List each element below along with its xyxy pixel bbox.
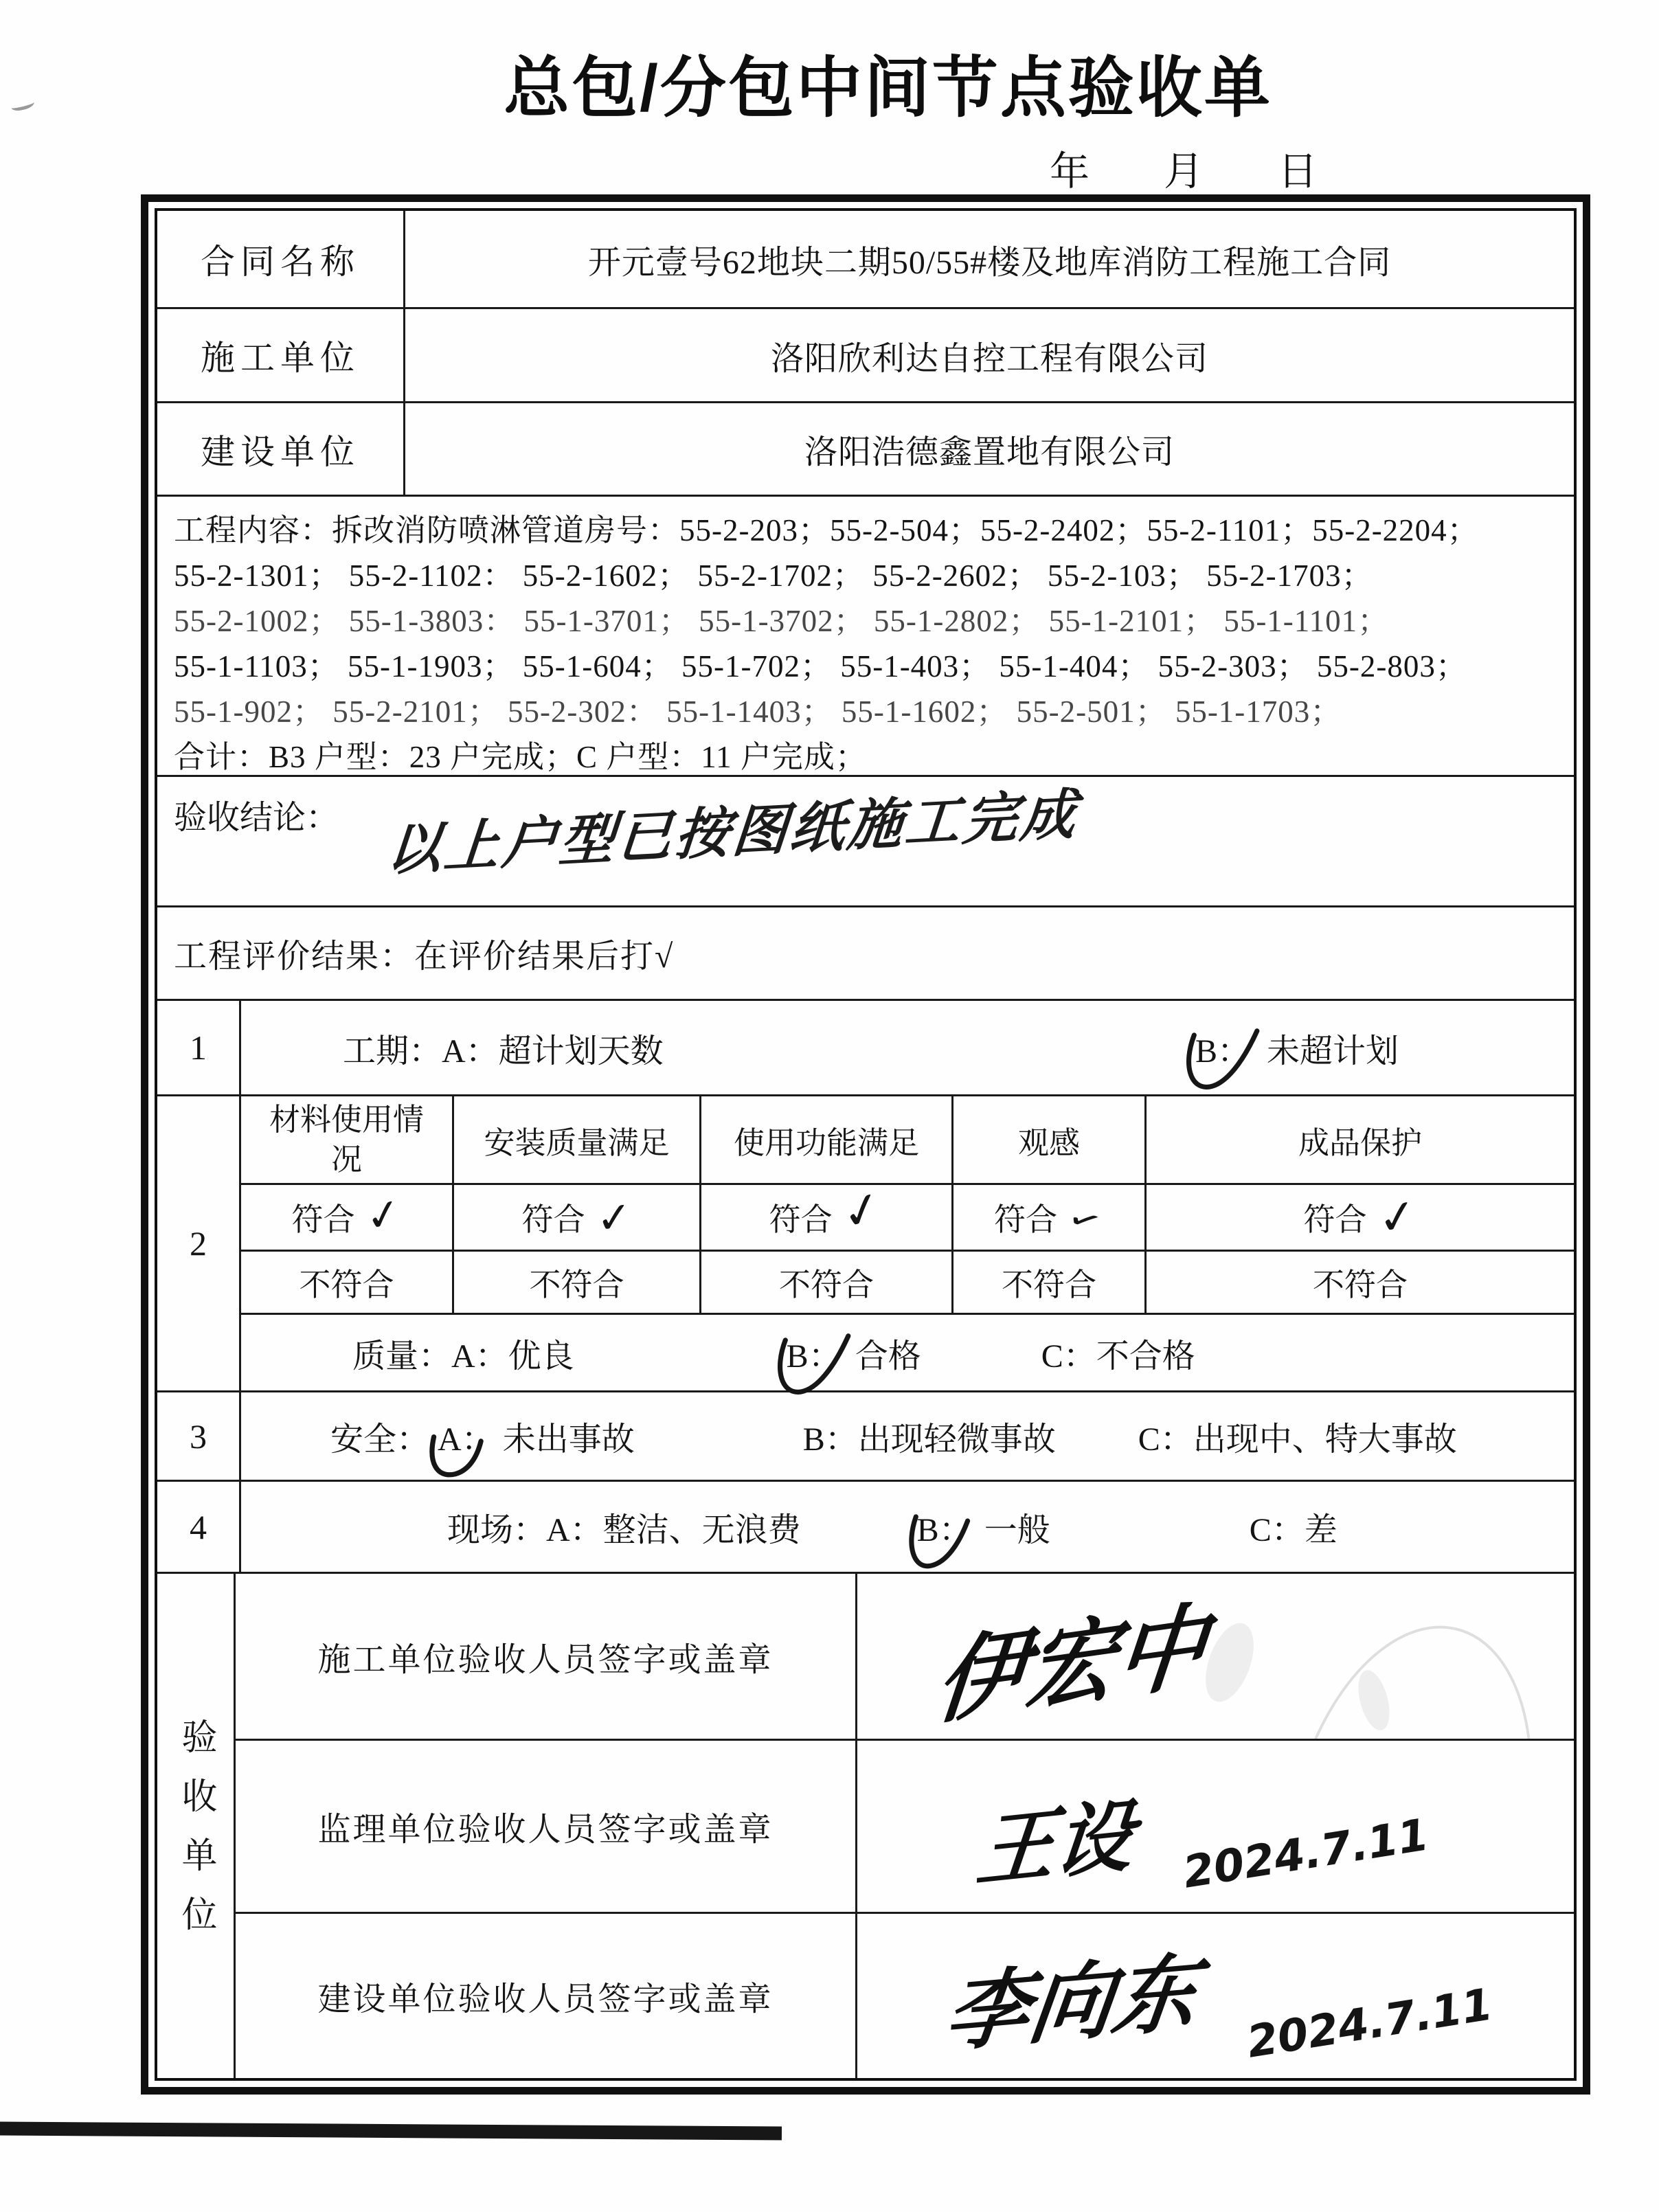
pass-cell: 符合✓: [452, 1185, 699, 1250]
supervisor-signature: 王设: [972, 1771, 1140, 1902]
supervisor-signature-area: 王设 2024.7.11: [857, 1741, 1574, 1912]
content-line: 55-2-1002； 55-1-3803： 55-1-3701； 55-1-37…: [174, 598, 1557, 644]
owner-unit-row: 建设单位 洛阳浩德鑫置地有限公司: [157, 401, 1574, 495]
evaluation-header-text: 工程评价结果：在评价结果后打√: [174, 929, 674, 977]
owner-unit-value: 洛阳浩德鑫置地有限公司: [403, 403, 1574, 495]
safety-option-c: C：出现中、特大事故: [1138, 1412, 1457, 1460]
schedule-option-a: 工期：A：超计划天数: [343, 1024, 664, 1072]
scan-smear: [0, 2121, 782, 2140]
safety-a-letter: A：: [438, 1421, 495, 1458]
quality-b-letter: B：: [787, 1338, 842, 1375]
page-title: 总包/分包中间节点验收单: [0, 36, 1659, 130]
safety-option-a: 安全： A： 未出事故: [330, 1412, 635, 1460]
check-icon: ✓: [361, 1187, 405, 1243]
pass-label: 符合: [994, 1195, 1057, 1240]
owner-sign-label: 建设单位验收人员签字或盖章: [236, 1914, 857, 2078]
contract-name-value: 开元壹号62地块二期50/55#楼及地库消防工程施工合同: [403, 211, 1574, 307]
date-line: 年 月 日: [1050, 139, 1318, 196]
pass-cell: 符合✓: [1144, 1185, 1574, 1250]
site-option-b: B： 一般: [914, 1503, 1050, 1550]
site-option-c: C：差: [1250, 1503, 1338, 1550]
owner-unit-label: 建设单位: [157, 403, 403, 495]
date-day-label: 日: [1278, 139, 1318, 196]
construction-unit-label: 施工单位: [157, 309, 403, 401]
safety-label: 安全：: [330, 1412, 429, 1460]
supervisor-sign-date: 2024.7.11: [1180, 1809, 1432, 1898]
schedule-b-text: 未超计划: [1267, 1024, 1399, 1072]
evaluation-header-cell: 工程评价结果：在评价结果后打√: [157, 905, 1574, 999]
hand-loop-mark: B：: [784, 1329, 844, 1377]
signoff-row-constructor: 施工单位验收人员签字或盖章 伊宏中: [236, 1574, 1574, 1739]
quality-grade-row: 质量：A：优良 B： 合格 C：不合格: [241, 1313, 1574, 1390]
quality-b-text: 合格: [855, 1329, 921, 1377]
pass-row: 符合✓ 符合✓ 符合✓ 符合✓ 符合✓: [241, 1183, 1574, 1250]
criteria-row-quality-block: 2 材料使用情况 安装质量满足 使用功能满足 观感 成品保护 符合✓ 符合✓ 符…: [157, 1094, 1574, 1390]
criteria-row-safety: 3 安全： A： 未出事故 B：出现轻微事故 C：出现中、特大事故: [157, 1390, 1574, 1480]
header-appearance: 观感: [951, 1096, 1144, 1183]
content-line: 55-1-1103； 55-1-1903； 55-1-604； 55-1-702…: [174, 644, 1557, 689]
content-line: 55-1-902； 55-2-2101； 55-2-302： 55-1-1403…: [174, 689, 1557, 734]
supervisor-sign-label: 监理单位验收人员签字或盖章: [236, 1741, 857, 1912]
content-line: 55-2-1301； 55-2-1102： 55-2-1602； 55-2-17…: [174, 553, 1557, 598]
check-icon: ✓: [835, 1178, 888, 1243]
row-number: 4: [157, 1482, 241, 1572]
constructor-signature-area: 伊宏中: [857, 1574, 1574, 1739]
fail-cell: 不符合: [452, 1252, 699, 1313]
pass-label: 符合: [522, 1195, 585, 1240]
project-content-cell: 工程内容：拆改消防喷淋管道房号：55-2-203；55-2-504；55-2-2…: [157, 495, 1574, 775]
content-line: 合计：B3 户型：23 户完成；C 户型：11 户完成；: [174, 734, 1557, 780]
safety-a-text: 未出事故: [503, 1412, 635, 1460]
fail-cell: 不符合: [241, 1252, 452, 1313]
fail-cell: 不符合: [951, 1252, 1144, 1313]
owner-signature: 李向东: [940, 1924, 1205, 2068]
quality-option-b: B： 合格: [784, 1329, 921, 1377]
faint-stamp-icon: [1248, 1599, 1570, 1739]
row-number: 3: [157, 1392, 241, 1480]
safety-option-b: B：出现轻微事故: [803, 1412, 1056, 1460]
fail-cell: 不符合: [1144, 1252, 1574, 1313]
fail-cell: 不符合: [699, 1252, 951, 1313]
pass-cell: 符合✓: [951, 1185, 1144, 1250]
constructor-signature: 伊宏中: [931, 1574, 1215, 1739]
content-line: 工程内容：拆改消防喷淋管道房号：55-2-203；55-2-504；55-2-2…: [174, 508, 1557, 553]
signoff-row-supervisor: 监理单位验收人员签字或盖章 王设 2024.7.11: [236, 1739, 1574, 1912]
acceptance-conclusion-cell: 验收结论： 以上户型已按图纸施工完成: [157, 775, 1574, 905]
hand-loop-mark: B：: [914, 1503, 975, 1550]
hand-loop-mark: A：: [435, 1412, 497, 1460]
pass-label: 符合: [292, 1195, 355, 1240]
signoff-section: 验收单位 施工单位验收人员签字或盖章 伊宏中 监理单位验收人员签字或盖章: [157, 1572, 1574, 2078]
check-icon: ✓: [1063, 1198, 1108, 1241]
contract-name-row: 合同名称 开元壹号62地块二期50/55#楼及地库消防工程施工合同: [157, 211, 1574, 307]
check-icon: ✓: [594, 1191, 633, 1243]
scanned-acceptance-form: 总包/分包中间节点验收单 年 月 日 合同名称 开元壹号62地块二期50/55#…: [0, 0, 1659, 2212]
construction-unit-value: 洛阳欣利达自控工程有限公司: [403, 309, 1574, 401]
site-option-a: 现场：A：整洁、无浪费: [447, 1503, 801, 1550]
criteria-row-site: 4 现场：A：整洁、无浪费 B： 一般 C：差: [157, 1480, 1574, 1572]
pass-cell: 符合✓: [241, 1185, 452, 1250]
site-b-letter: B：: [917, 1512, 972, 1548]
signoff-row-owner: 建设单位验收人员签字或盖章 李向东 2024.7.11: [236, 1912, 1574, 2078]
quality-option-a: 质量：A：优良: [352, 1329, 574, 1377]
header-function: 使用功能满足: [699, 1096, 951, 1183]
quality-option-c: C：不合格: [1041, 1329, 1195, 1377]
quality-criteria-headers: 材料使用情况 安装质量满足 使用功能满足 观感 成品保护: [241, 1096, 1574, 1183]
form-table-inner: 合同名称 开元壹号62地块二期50/55#楼及地库消防工程施工合同 施工单位 洛…: [155, 208, 1577, 2081]
criteria-row-schedule: 1 工期：A：超计划天数 B： 未超计划: [157, 999, 1574, 1094]
date-month-label: 月: [1164, 139, 1204, 196]
row-number: 1: [157, 1001, 241, 1094]
pass-label: 符合: [1304, 1195, 1367, 1240]
fail-row: 不符合 不符合 不符合 不符合 不符合: [241, 1250, 1574, 1313]
pass-label: 符合: [769, 1195, 833, 1240]
schedule-b-letter: B：: [1195, 1033, 1250, 1070]
schedule-option-b: B： 未超计划: [1193, 1024, 1399, 1072]
hand-loop-mark: B：: [1193, 1024, 1253, 1072]
constructor-sign-label: 施工单位验收人员签字或盖章: [236, 1574, 857, 1739]
conclusion-handwriting: 以上户型已按图纸施工完成: [384, 769, 1083, 885]
conclusion-label: 验收结论：: [174, 791, 339, 838]
owner-signature-area: 李向东 2024.7.11: [857, 1914, 1574, 2078]
construction-unit-row: 施工单位 洛阳欣利达自控工程有限公司: [157, 307, 1574, 401]
header-install-quality: 安装质量满足: [452, 1096, 699, 1183]
form-table: 合同名称 开元壹号62地块二期50/55#楼及地库消防工程施工合同 施工单位 洛…: [141, 194, 1590, 2095]
row-number: 2: [157, 1096, 241, 1390]
pass-cell: 符合✓: [699, 1185, 951, 1250]
owner-sign-date: 2024.7.11: [1243, 1979, 1496, 2068]
signoff-side-label: 验收单位: [157, 1574, 236, 2078]
header-material-usage: 材料使用情况: [241, 1096, 452, 1183]
header-product-protection: 成品保护: [1144, 1096, 1574, 1183]
date-year-label: 年: [1050, 139, 1090, 196]
contract-name-label: 合同名称: [157, 211, 403, 307]
check-icon: ✓: [1374, 1188, 1420, 1247]
site-b-text: 一般: [984, 1503, 1050, 1550]
